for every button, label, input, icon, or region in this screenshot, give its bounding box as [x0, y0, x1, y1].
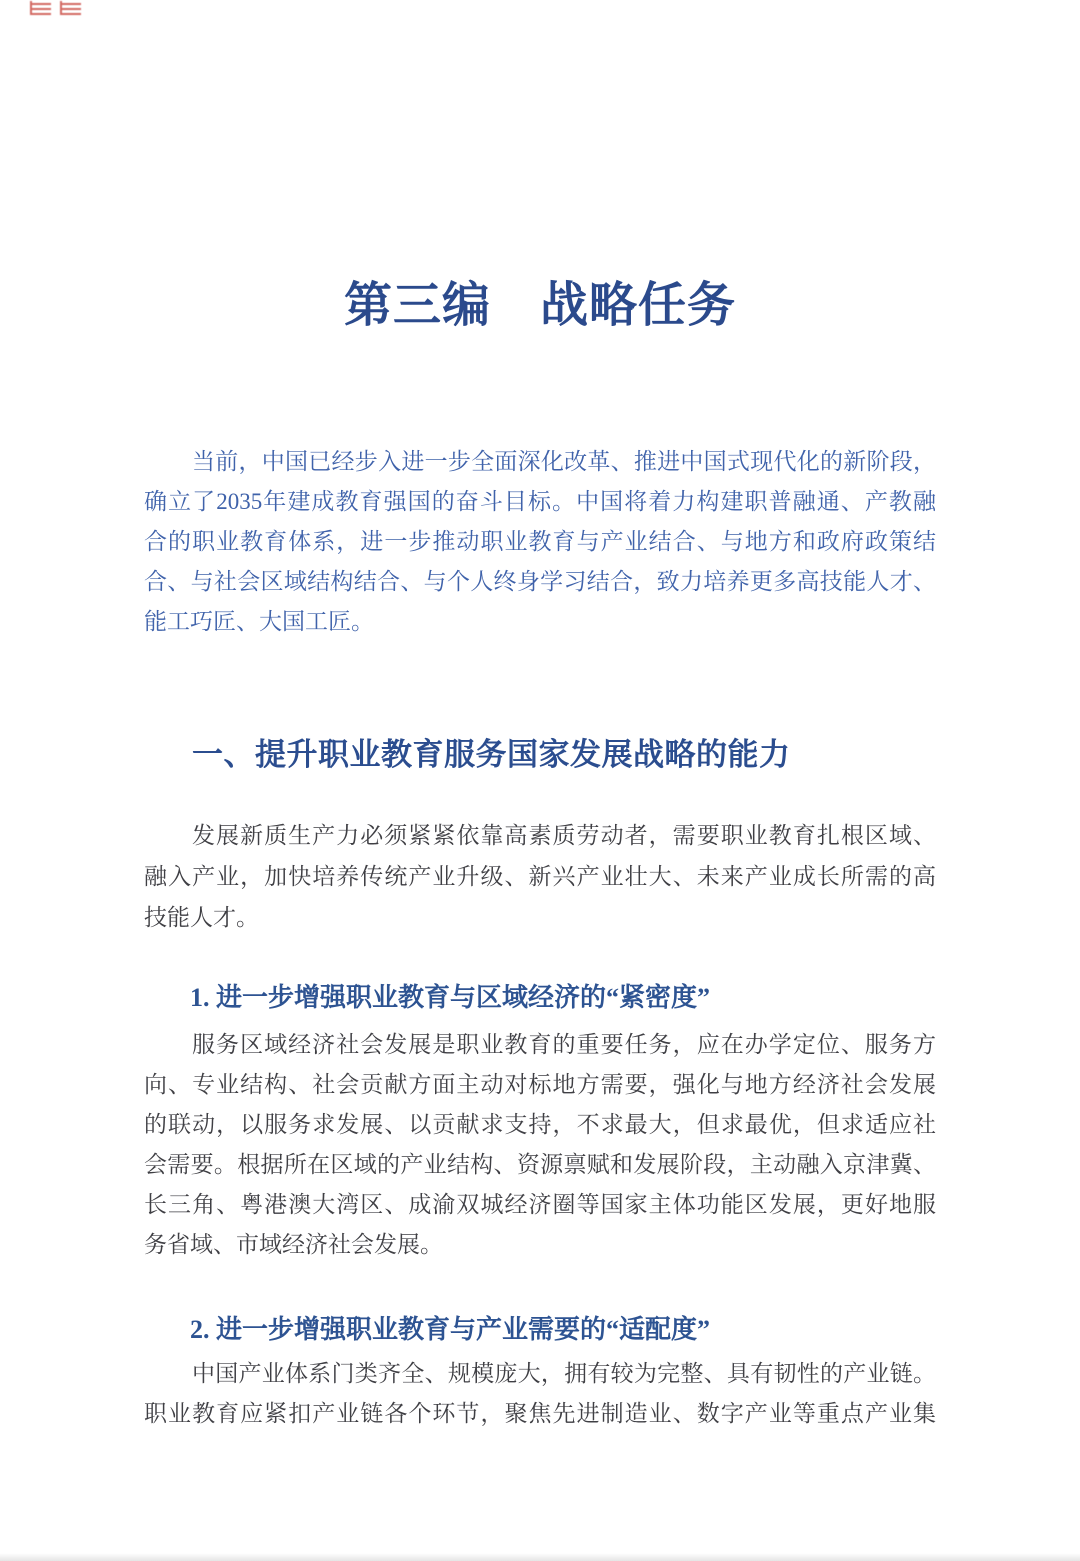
text-line: 发展新质生产力必须紧紧依靠高素质劳动者，需要职业教育扎根区域、	[144, 815, 936, 856]
text-line: 的联动，以服务求发展、以贡献求支持，不求最大，但求最优，但求适应社	[144, 1105, 936, 1145]
text-line: 合的职业教育体系，进一步推动职业教育与产业结合、与地方和政府政策结	[144, 522, 936, 562]
red-stamp-artifact	[28, 0, 86, 17]
text-line: 职业教育应紧扣产业链各个环节，聚焦先进制造业、数字产业等重点产业集	[144, 1394, 936, 1434]
text-line: 服务区域经济社会发展是职业教育的重要任务，应在办学定位、服务方	[144, 1025, 936, 1065]
intro-paragraph: 当前，中国已经步入进一步全面深化改革、推进中国式现代化的新阶段， 确立了2035…	[144, 442, 936, 642]
text-line: 合、与社会区域结构结合、与个人终身学习结合，致力培养更多高技能人才、	[144, 562, 936, 602]
text-line: 务省域、市域经济社会发展。	[144, 1225, 936, 1265]
page-edge-shadow	[0, 1553, 1080, 1561]
document-page: 第三编 战略任务 当前，中国已经步入进一步全面深化改革、推进中国式现代化的新阶段…	[0, 0, 1080, 1561]
text-line: 向、专业结构、社会贡献方面主动对标地方需要，强化与地方经济社会发展	[144, 1065, 936, 1105]
text-line: 当前，中国已经步入进一步全面深化改革、推进中国式现代化的新阶段，	[144, 442, 936, 482]
text-line: 融入产业，加快培养传统产业升级、新兴产业壮大、未来产业成长所需的高	[144, 856, 936, 897]
section-lead-paragraph: 发展新质生产力必须紧紧依靠高素质劳动者，需要职业教育扎根区域、 融入产业，加快培…	[144, 815, 936, 938]
text-line: 长三角、粤港澳大湾区、成渝双城经济圈等国家主体功能区发展，更好地服	[144, 1185, 936, 1225]
text-line: 中国产业体系门类齐全、规模庞大，拥有较为完整、具有韧性的产业链。	[144, 1354, 936, 1394]
subsection-1-heading: 1. 进一步增强职业教育与区域经济的“紧密度”	[190, 982, 710, 1014]
text-line: 确立了2035年建成教育强国的奋斗目标。中国将着力构建职普融通、产教融	[144, 482, 936, 522]
page-title: 第三编 战略任务	[0, 278, 1080, 334]
section-heading: 一、提升职业教育服务国家发展战略的能力	[192, 736, 791, 774]
text-line: 能工巧匠、大国工匠。	[144, 602, 936, 642]
text-line: 技能人才。	[144, 897, 936, 938]
subsection-1-paragraph: 服务区域经济社会发展是职业教育的重要任务，应在办学定位、服务方 向、专业结构、社…	[144, 1025, 936, 1265]
subsection-2-heading: 2. 进一步增强职业教育与产业需要的“适配度”	[190, 1314, 710, 1346]
subsection-2-paragraph: 中国产业体系门类齐全、规模庞大，拥有较为完整、具有韧性的产业链。 职业教育应紧扣…	[144, 1354, 936, 1434]
text-line: 会需要。根据所在区域的产业结构、资源禀赋和发展阶段，主动融入京津冀、	[144, 1145, 936, 1185]
